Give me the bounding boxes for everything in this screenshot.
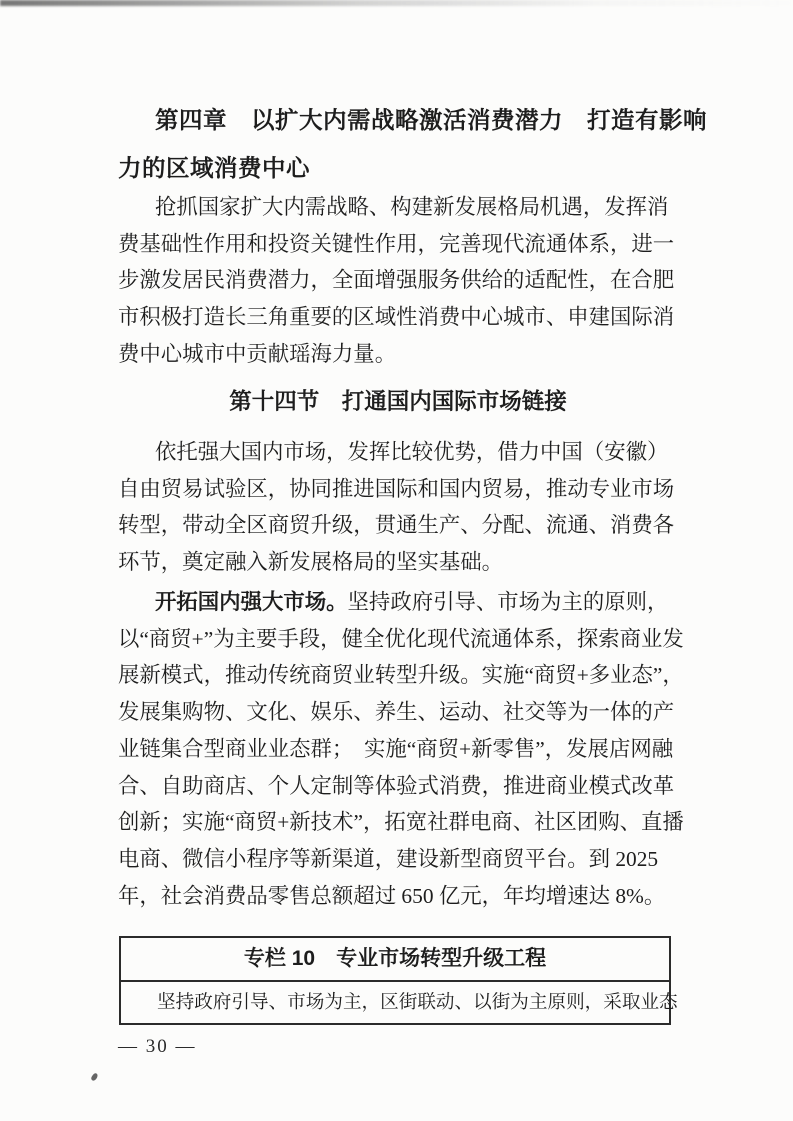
- feature-box-body: 坚持政府引导、市场为主，区街联动、以街为主原则，采取业态: [121, 982, 669, 1023]
- document-page: 第四章 以扩大内需战略激活消费潜力 打造有影响力的区域消费中心 抢抓国家扩大内需…: [0, 0, 793, 1121]
- body-paragraph: 开拓国内强大市场。坚持政府引导、市场为主的原则，以“商贸+”为主要手段，健全优化…: [118, 584, 678, 914]
- text-line: 环节，奠定融入新发展格局的坚实基础。: [118, 544, 678, 581]
- text-line: 坚持政府引导、市场为主，区街联动、以街为主原则，采取业态: [133, 992, 657, 1014]
- page-number: — 30 —: [118, 1036, 197, 1058]
- scan-shadow-top: [0, 0, 793, 6]
- text-line: 以“商贸+”为主要手段，健全优化现代流通体系，探索商业发: [118, 621, 678, 658]
- text-line: 合、自助商店、个人定制等体验式消费，推进商业模式改革: [118, 768, 678, 805]
- text-line: 步激发居民消费潜力，全面增强服务供给的适配性，在合肥: [118, 262, 678, 299]
- feature-box: 专栏 10 专业市场转型升级工程 坚持政府引导、市场为主，区街联动、以街为主原则…: [119, 936, 671, 1025]
- text-line: 业链集合型商业业态群； 实施“商贸+新零售”，发展店网融: [118, 731, 678, 768]
- bold-lead: 开拓国内强大市场。: [155, 590, 348, 614]
- text-line: 市积极打造长三角重要的区域性消费中心城市、申建国际消: [118, 299, 678, 336]
- chapter-title: 第四章 以扩大内需战略激活消费潜力 打造有影响力的区域消费中心: [118, 96, 678, 192]
- text-line: 第四章 以扩大内需战略激活消费潜力 打造有影响: [118, 96, 678, 144]
- section-title: 第十四节 打通国内国际市场链接: [118, 383, 678, 421]
- text-line: 抢抓国家扩大内需战略、构建新发展格局机遇，发挥消: [118, 189, 678, 226]
- text-line: 转型，带动全区商贸升级，贯通生产、分配、流通、消费各: [118, 507, 678, 544]
- ink-speck: [90, 1072, 99, 1081]
- text-line: 自由贸易试验区，协同推进国际和国内贸易，推动专业市场: [118, 471, 678, 508]
- text-line: 费中心城市中贡献瑶海力量。: [118, 336, 678, 373]
- body-paragraph: 抢抓国家扩大内需战略、构建新发展格局机遇，发挥消费基础性作用和投资关键性作用，完…: [118, 189, 678, 373]
- text-line: 创新；实施“商贸+新技术”，拓宽社群电商、社区团购、直播: [118, 804, 678, 841]
- text-line: 电商、微信小程序等新渠道，建设新型商贸平台。到 2025: [118, 841, 678, 878]
- text-line: 依托强大国内市场，发挥比较优势，借力中国（安徽）: [118, 434, 678, 471]
- text-line: 力的区域消费中心: [118, 144, 678, 192]
- text-line: 发展集购物、文化、娱乐、养生、运动、社交等为一体的产: [118, 694, 678, 731]
- text-line: 开拓国内强大市场。坚持政府引导、市场为主的原则，: [118, 584, 678, 621]
- text-line: 展新模式，推动传统商贸业转型升级。实施“商贸+多业态”，: [118, 657, 678, 694]
- text-line: 年，社会消费品零售总额超过 650 亿元，年均增速达 8%。: [118, 878, 678, 915]
- feature-box-title: 专栏 10 专业市场转型升级工程: [121, 938, 669, 982]
- text-line: 费基础性作用和投资关键性作用，完善现代流通体系，进一: [118, 226, 678, 263]
- body-paragraph: 依托强大国内市场，发挥比较优势，借力中国（安徽）自由贸易试验区，协同推进国际和国…: [118, 434, 678, 581]
